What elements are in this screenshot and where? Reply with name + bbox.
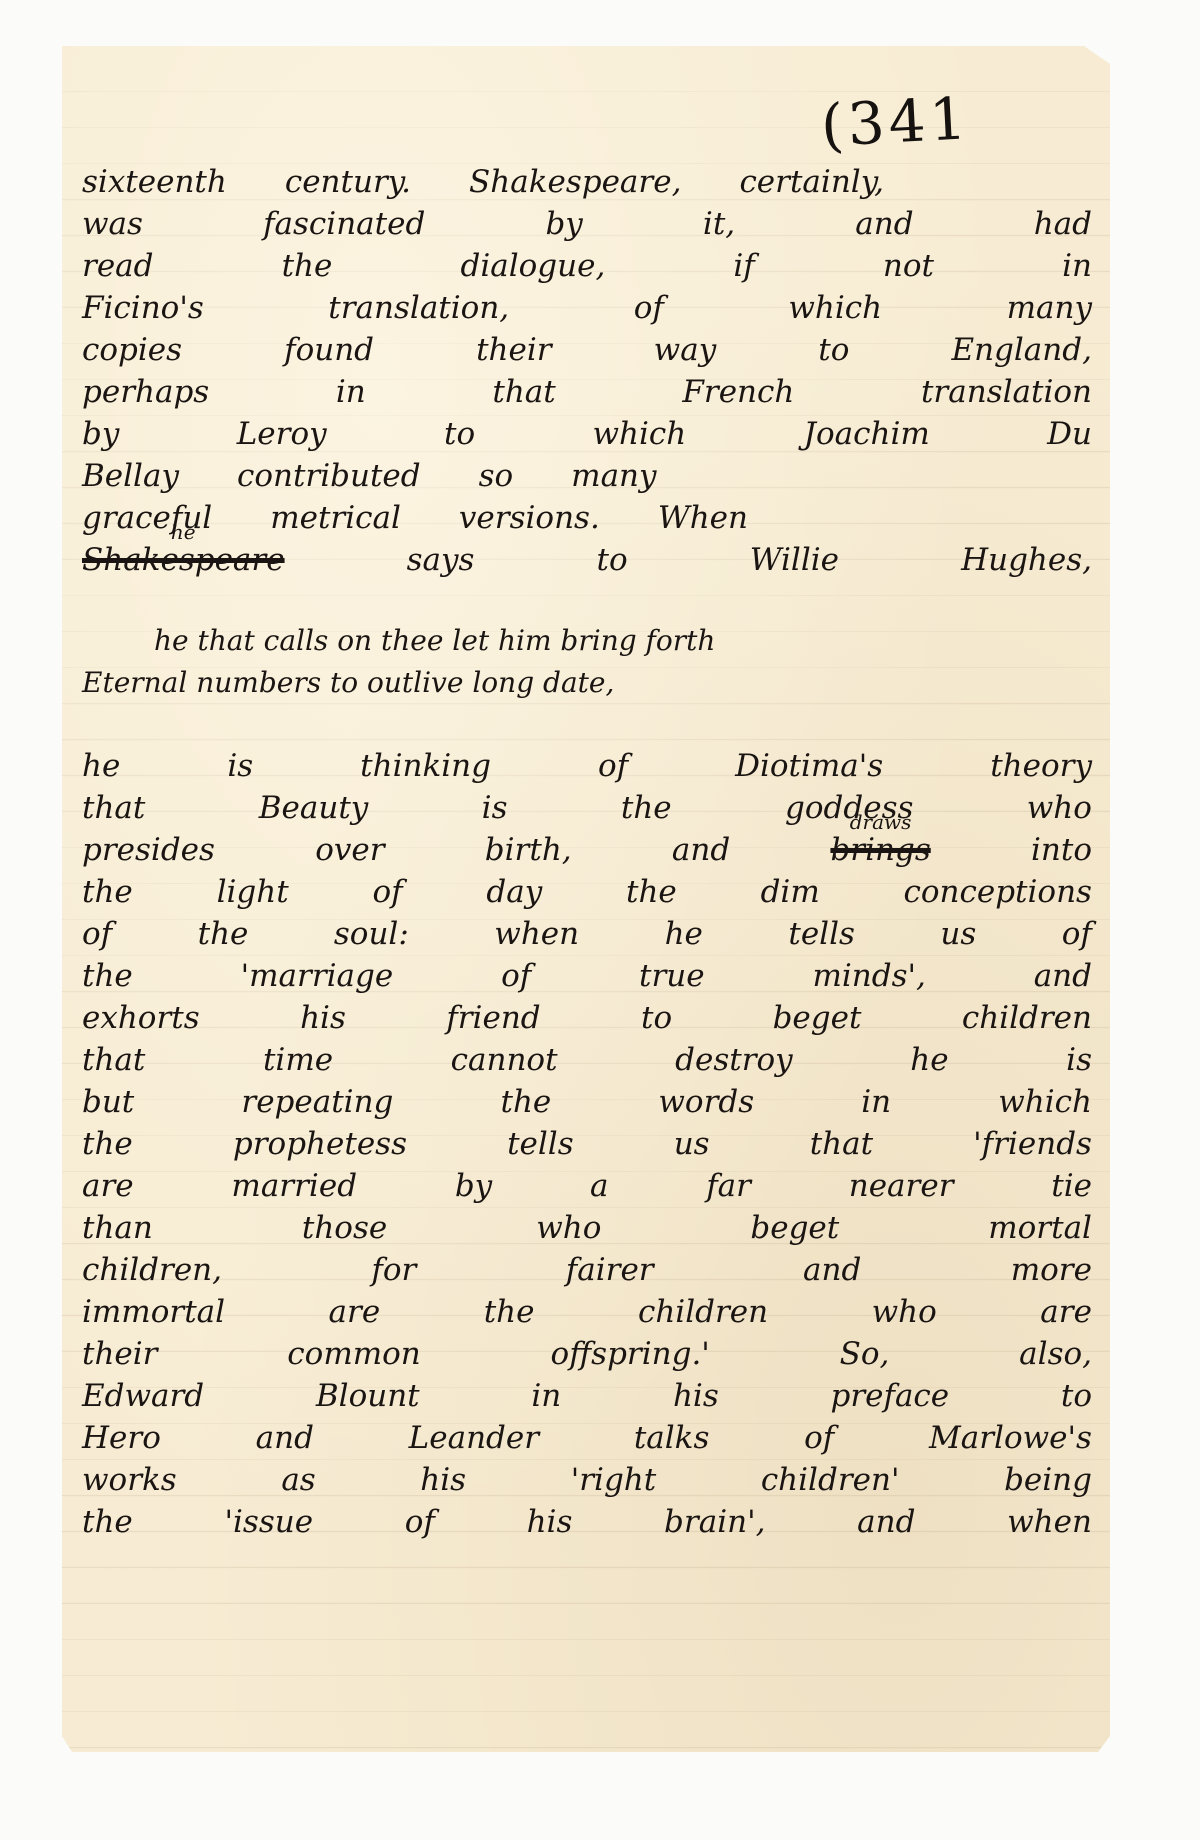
word: us	[940, 916, 976, 952]
word: and	[256, 1420, 314, 1456]
word: their	[82, 1336, 158, 1372]
word: talks	[634, 1420, 710, 1456]
word: Joachim	[804, 416, 930, 452]
manuscript-line-rest-3: the'marriageoftrueminds',and	[82, 958, 1092, 1000]
word: and	[857, 1504, 915, 1540]
word: offspring.'	[551, 1336, 710, 1372]
word: he	[910, 1042, 948, 1078]
word: of	[804, 1420, 834, 1456]
word: many	[1007, 290, 1092, 326]
manuscript-line-9: gracefulmetricalversions.When	[82, 500, 1092, 542]
word: 'friends	[973, 1126, 1092, 1162]
word: children	[638, 1294, 768, 1330]
word: in	[1062, 248, 1092, 284]
word: that	[82, 1042, 145, 1078]
word: the	[198, 916, 249, 952]
word: to	[444, 416, 475, 452]
word: beget	[773, 1000, 862, 1036]
word: of	[1062, 916, 1092, 952]
word: that	[810, 1126, 873, 1162]
word: translation,	[328, 290, 509, 326]
manuscript-line-after-quote-2: thatBeautyisthegoddesswho	[82, 790, 1092, 832]
word: had	[1034, 206, 1092, 242]
word: more	[1011, 1252, 1092, 1288]
manuscript-line-rest-14: HeroandLeandertalksofMarlowe's	[82, 1420, 1092, 1462]
manuscript-line-rest-7: theprophetesstellsusthat'friends	[82, 1126, 1092, 1168]
word: versions.	[459, 500, 600, 536]
word: is	[482, 790, 508, 826]
word: cannot	[451, 1042, 558, 1078]
word: dim	[761, 874, 820, 910]
manuscript-line-5: copiesfoundtheirwaytoEngland,	[82, 332, 1092, 374]
word: by	[455, 1168, 492, 1204]
word: not	[883, 248, 934, 284]
word: metrical	[270, 500, 401, 536]
word: friend	[446, 1000, 540, 1036]
word: by	[545, 206, 582, 242]
word: to	[818, 332, 849, 368]
word: the	[484, 1294, 535, 1330]
word: fairer	[566, 1252, 654, 1288]
word: England,	[951, 332, 1092, 368]
word: is	[1066, 1042, 1092, 1078]
word: children,	[82, 1252, 222, 1288]
word: Diotima's	[735, 748, 883, 784]
word: are	[329, 1294, 381, 1330]
word: many	[571, 458, 656, 494]
struck-word: brings draws	[830, 832, 930, 868]
word: and	[803, 1252, 861, 1288]
word: light	[217, 874, 289, 910]
word: the	[282, 248, 333, 284]
word: to	[641, 1000, 672, 1036]
word: Blount	[316, 1378, 420, 1414]
manuscript-line-8: Bellaycontributedsomany	[82, 458, 1092, 500]
inserted-word: he	[171, 520, 196, 544]
word: time	[263, 1042, 333, 1078]
manuscript-line-rest-15: worksashis'rightchildren'being	[82, 1462, 1092, 1504]
manuscript-line-13: presides over birth, and brings draws in…	[82, 832, 1092, 874]
word: that	[82, 790, 145, 826]
word: far	[706, 1168, 751, 1204]
word: for	[371, 1252, 416, 1288]
word: is	[227, 748, 253, 784]
word: also,	[1019, 1336, 1092, 1372]
word: preface	[830, 1378, 949, 1414]
word: Leander	[409, 1420, 539, 1456]
word: brain',	[664, 1504, 765, 1540]
word: which	[788, 290, 882, 326]
word: destroy	[675, 1042, 793, 1078]
word: repeating	[241, 1084, 393, 1120]
manuscript-line-7: byLeroytowhichJoachimDu	[82, 416, 1092, 458]
word: dialogue,	[460, 248, 605, 284]
word: found	[284, 332, 374, 368]
word: fascinated	[263, 206, 425, 242]
word: the	[82, 874, 133, 910]
word: are	[82, 1168, 134, 1204]
word: those	[302, 1210, 387, 1246]
manuscript-line-rest-1: thelightofdaythedimconceptions	[82, 874, 1092, 916]
word: so	[479, 458, 514, 494]
word: but	[82, 1084, 134, 1120]
word: French	[682, 374, 794, 410]
word: the	[82, 1504, 133, 1540]
word: if	[733, 248, 754, 284]
word: Ficino's	[82, 290, 204, 326]
manuscript-line-rest-16: the'issueofhisbrain',andwhen	[82, 1504, 1092, 1546]
word: children'	[761, 1462, 900, 1498]
word: sixteenth	[82, 164, 227, 200]
word: So,	[840, 1336, 890, 1372]
word: are	[1040, 1294, 1092, 1330]
word: as	[281, 1462, 315, 1498]
word: than	[82, 1210, 153, 1246]
word: of	[82, 916, 112, 952]
word: soul:	[334, 916, 409, 952]
manuscript-page: (341 sixteenthcentury.Shakespeare,certai…	[62, 46, 1110, 1752]
word: he	[665, 916, 703, 952]
word: of	[405, 1504, 435, 1540]
word: of	[634, 290, 664, 326]
manuscript-text: sixteenthcentury.Shakespeare,certainly,w…	[82, 164, 1092, 1546]
manuscript-line-rest-5: thattimecannotdestroyheis	[82, 1042, 1092, 1084]
word: 'marriage	[241, 958, 394, 994]
word: Marlowe's	[929, 1420, 1092, 1456]
word: Beauty	[259, 790, 369, 826]
word: of	[598, 748, 628, 784]
word: who	[1027, 790, 1092, 826]
manuscript-line-rest-13: EdwardBlountinhisprefaceto	[82, 1378, 1092, 1420]
word: theory	[990, 748, 1092, 784]
word: his	[527, 1504, 573, 1540]
manuscript-line-after-quote-1: heisthinkingofDiotima'stheory	[82, 748, 1092, 790]
word: in	[861, 1084, 891, 1120]
word: prophetess	[233, 1126, 407, 1162]
word: a	[590, 1168, 608, 1204]
manuscript-line-rest-10: children,forfairerandmore	[82, 1252, 1092, 1294]
word: read	[82, 248, 154, 284]
word: which	[592, 416, 686, 452]
word: mortal	[988, 1210, 1092, 1246]
word: 'right	[571, 1462, 657, 1498]
word: in	[336, 374, 366, 410]
manuscript-line-4: Ficino'stranslation,ofwhichmany	[82, 290, 1092, 332]
word: words	[658, 1084, 754, 1120]
quote-line-2: Eternal numbers to outlive long date,	[82, 666, 1092, 708]
word: Shakespeare,	[469, 164, 681, 200]
word: married	[231, 1168, 357, 1204]
word: he	[82, 748, 120, 784]
word: the	[626, 874, 677, 910]
word: works	[82, 1462, 177, 1498]
manuscript-line-rest-6: butrepeatingthewordsinwhich	[82, 1084, 1092, 1126]
manuscript-line-3: readthedialogue,ifnotin	[82, 248, 1092, 290]
word: copies	[82, 332, 182, 368]
word: Edward	[82, 1378, 204, 1414]
word: 'issue	[224, 1504, 313, 1540]
manuscript-line-rest-11: immortalarethechildrenwhoare	[82, 1294, 1092, 1336]
word: way	[654, 332, 717, 368]
manuscript-line-rest-9: thanthosewhobegetmortal	[82, 1210, 1092, 1252]
word: minds',	[812, 958, 925, 994]
word: who	[536, 1210, 601, 1246]
word: children	[962, 1000, 1092, 1036]
word: the	[621, 790, 672, 826]
word: immortal	[82, 1294, 225, 1330]
manuscript-line-10: Shakespeare he says to Willie Hughes,	[82, 542, 1092, 584]
inserted-word: draws	[850, 810, 912, 834]
word: in	[531, 1378, 561, 1414]
word: his	[673, 1378, 719, 1414]
word: tells	[788, 916, 855, 952]
struck-word: Shakespeare he	[82, 542, 285, 578]
manuscript-line-rest-8: aremarriedbyafarnearertie	[82, 1168, 1092, 1210]
word: century.	[285, 164, 411, 200]
word: Hero	[82, 1420, 161, 1456]
manuscript-line-1: sixteenthcentury.Shakespeare,certainly,	[82, 164, 1092, 206]
word: true	[639, 958, 705, 994]
manuscript-line-2: wasfascinatedbyit,andhad	[82, 206, 1092, 248]
manuscript-line-rest-12: theircommonoffspring.'So,also,	[82, 1336, 1092, 1378]
word: the	[82, 1126, 133, 1162]
word: common	[287, 1336, 420, 1372]
word: us	[674, 1126, 710, 1162]
word: which	[998, 1084, 1092, 1120]
word: when	[494, 916, 579, 952]
word: conceptions	[904, 874, 1092, 910]
word: thinking	[360, 748, 491, 784]
word: Bellay	[82, 458, 179, 494]
word: tie	[1051, 1168, 1092, 1204]
word: beget	[750, 1210, 839, 1246]
word: who	[872, 1294, 937, 1330]
word: Leroy	[237, 416, 327, 452]
word: and	[855, 206, 913, 242]
word: certainly,	[739, 164, 884, 200]
word: and	[1034, 958, 1092, 994]
word: his	[420, 1462, 466, 1498]
word: the	[501, 1084, 552, 1120]
word: Du	[1047, 416, 1092, 452]
manuscript-line-rest-4: exhortshisfriendtobegetchildren	[82, 1000, 1092, 1042]
word: was	[82, 206, 143, 242]
word: translation	[921, 374, 1092, 410]
manuscript-line-6: perhapsinthatFrenchtranslation	[82, 374, 1092, 416]
page-number: (341	[819, 84, 972, 160]
word: it,	[703, 206, 735, 242]
word: that	[492, 374, 555, 410]
word: when	[1007, 1504, 1092, 1540]
word: of	[501, 958, 531, 994]
quote-line-1: he that calls on thee let him bring fort…	[82, 624, 1092, 666]
word: exhorts	[82, 1000, 200, 1036]
word: of	[372, 874, 402, 910]
word: contributed	[237, 458, 421, 494]
word: the	[82, 958, 133, 994]
word: perhaps	[82, 374, 209, 410]
word: to	[1061, 1378, 1092, 1414]
word: nearer	[849, 1168, 954, 1204]
word: day	[486, 874, 542, 910]
manuscript-line-rest-2: ofthesoul:whenhetellsusof	[82, 916, 1092, 958]
word: his	[300, 1000, 346, 1036]
word: tells	[507, 1126, 574, 1162]
word: When	[658, 500, 748, 536]
word: their	[476, 332, 552, 368]
word: being	[1004, 1462, 1092, 1498]
word: by	[82, 416, 119, 452]
